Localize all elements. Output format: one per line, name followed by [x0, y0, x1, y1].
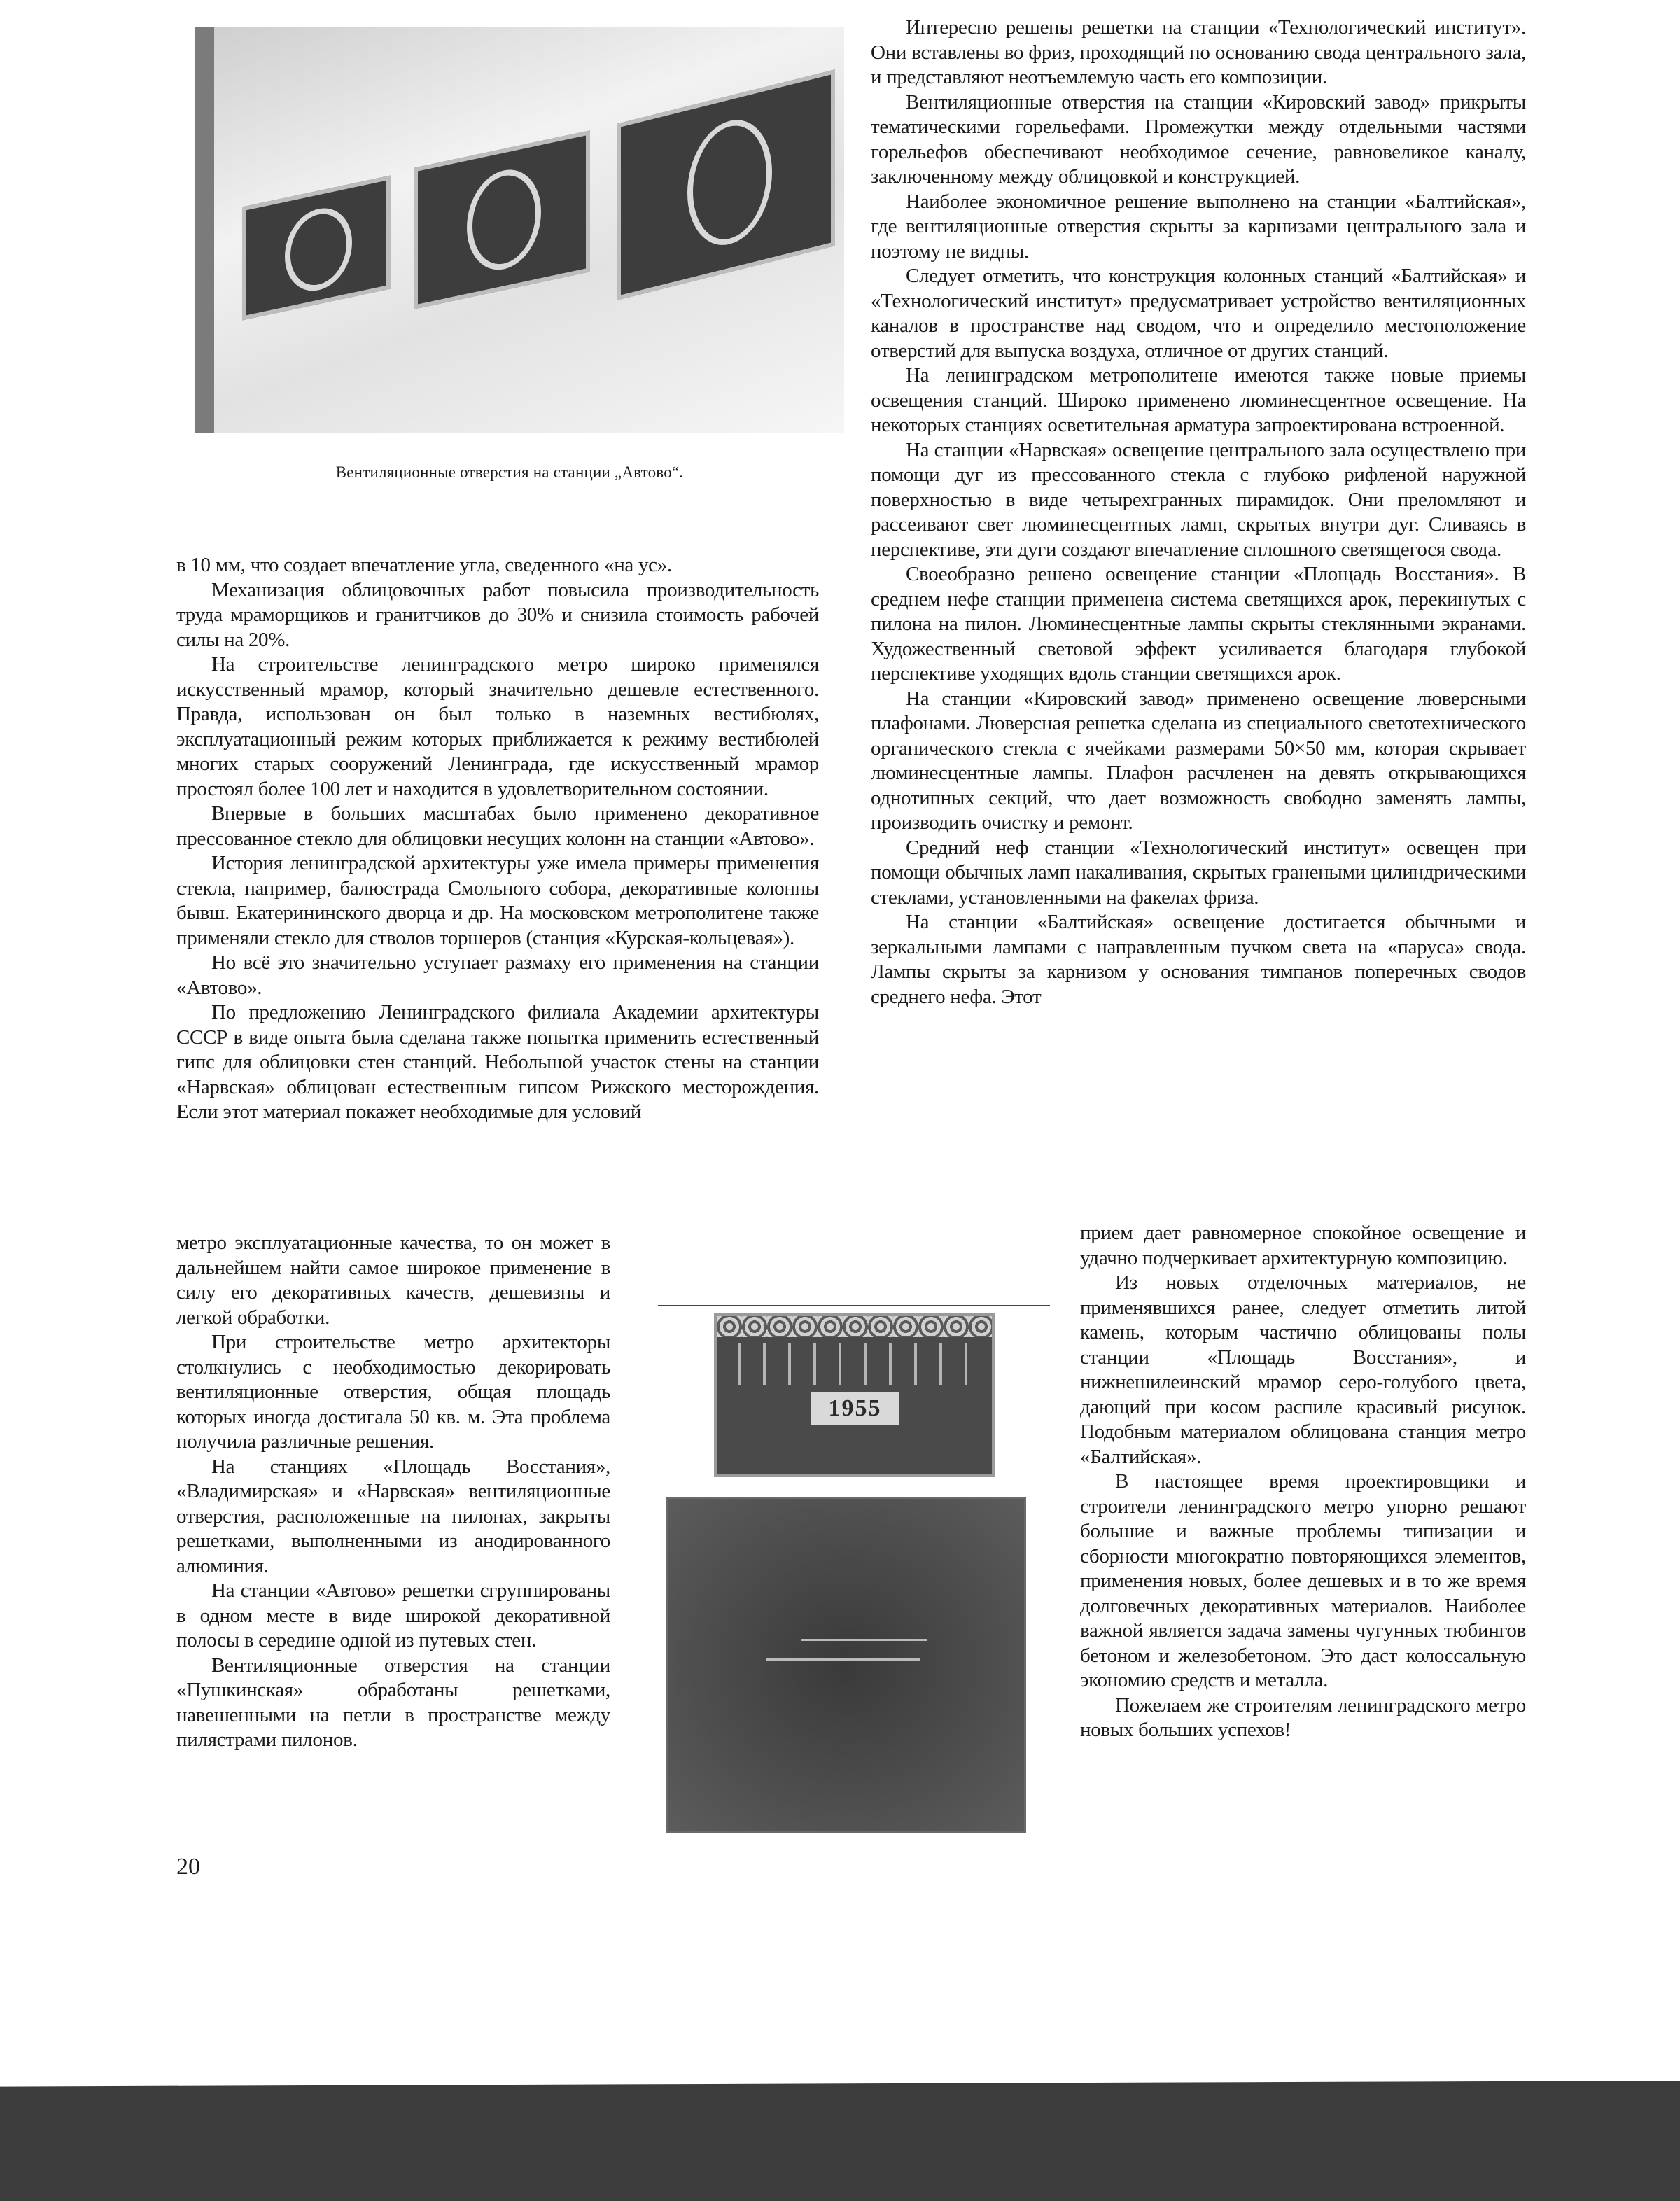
paragraph: Интересно решены решетки на станции «Тех…: [871, 15, 1526, 90]
paragraph: Из новых отделочных материалов, не приме…: [1080, 1271, 1526, 1469]
paragraph: На строительстве ленинградского метро ши…: [176, 652, 819, 802]
scan-background-edge: [0, 2081, 1680, 2201]
grille-panel: [242, 175, 391, 320]
wreath-ornament-icon: [467, 162, 541, 277]
paragraph: Вентиляционные отверстия на станции «Пуш…: [176, 1654, 610, 1753]
paragraph: метро эксплуатационные качества, то он м…: [176, 1231, 610, 1330]
paragraph: На станции «Балтийская» освещение достиг…: [871, 910, 1526, 1009]
paragraph: Следует отметить, что конструкция колонн…: [871, 264, 1526, 363]
paragraph: История ленинградской архитектуры уже им…: [176, 851, 819, 951]
paragraph: Впервые в больших масштабах было примене…: [176, 802, 819, 851]
grille-panel: [414, 130, 590, 309]
paragraph: Пожелаем же строителям ленинградского ме…: [1080, 1693, 1526, 1743]
magazine-page: Вентиляционные отверстия на станции „Авт…: [0, 0, 1680, 2201]
paragraph: По предложению Ленинградского филиала Ак…: [176, 1000, 819, 1125]
wreath-ornament-icon: [285, 202, 352, 297]
year-plaque: 1955: [811, 1392, 899, 1425]
paragraph: Средний неф станции «Технологический инс…: [871, 836, 1526, 911]
paragraph: в 10 мм, что создает впечатление угла, с…: [176, 553, 819, 578]
wreath-ornament-icon: [687, 111, 772, 255]
grille-lower-panel: [666, 1497, 1026, 1833]
paragraph: На ленинградском метрополитене имеются т…: [871, 363, 1526, 438]
right-column: Интересно решены решетки на станции «Тех…: [871, 15, 1526, 1009]
grille-upper-panel: 1955: [714, 1313, 995, 1477]
paragraph: Но всё это значительно уступает размаху …: [176, 951, 819, 1000]
paragraph: Наиболее экономичное решение выполнено н…: [871, 190, 1526, 265]
paragraph: На станциях «Площадь Восстания», «Владим…: [176, 1455, 610, 1579]
paragraph: При строительстве метро архитекторы стол…: [176, 1330, 610, 1455]
highlight-line: [766, 1658, 920, 1661]
paragraph: Вентиляционные отверстия на станции «Кир…: [871, 90, 1526, 190]
left-column-narrow: метро эксплуатационные качества, то он м…: [176, 1231, 610, 1753]
photo-caption: Вентиляционные отверстия на станции „Авт…: [195, 463, 825, 482]
paragraph: Механизация облицовочных работ повысила …: [176, 578, 819, 653]
highlight-line: [801, 1639, 927, 1641]
paragraph: Своеобразно решено освещение станции «Пл…: [871, 562, 1526, 687]
grille-1955-photo: 1955: [666, 1313, 1026, 1833]
paragraph: В настоящее время проектировщики и строи…: [1080, 1469, 1526, 1693]
paragraph: На станции «Кировский завод» применено о…: [871, 687, 1526, 836]
paragraph: На станции «Автово» решетки сгруппирован…: [176, 1579, 610, 1654]
rosette-frieze: [717, 1316, 992, 1337]
grille-panel: [617, 69, 835, 300]
left-column: в 10 мм, что создает впечатление угла, с…: [176, 553, 819, 1125]
spear-bars: [738, 1343, 971, 1385]
paragraph: На станции «Нарвская» освещение централь…: [871, 438, 1526, 563]
right-column-narrow: прием дает равномерное спокойное освещен…: [1080, 1221, 1526, 1743]
paragraph: прием дает равномерное спокойное освещен…: [1080, 1221, 1526, 1271]
ventilation-grilles-photo: [195, 27, 844, 433]
page-number: 20: [176, 1854, 200, 1880]
divider: [658, 1305, 1050, 1306]
